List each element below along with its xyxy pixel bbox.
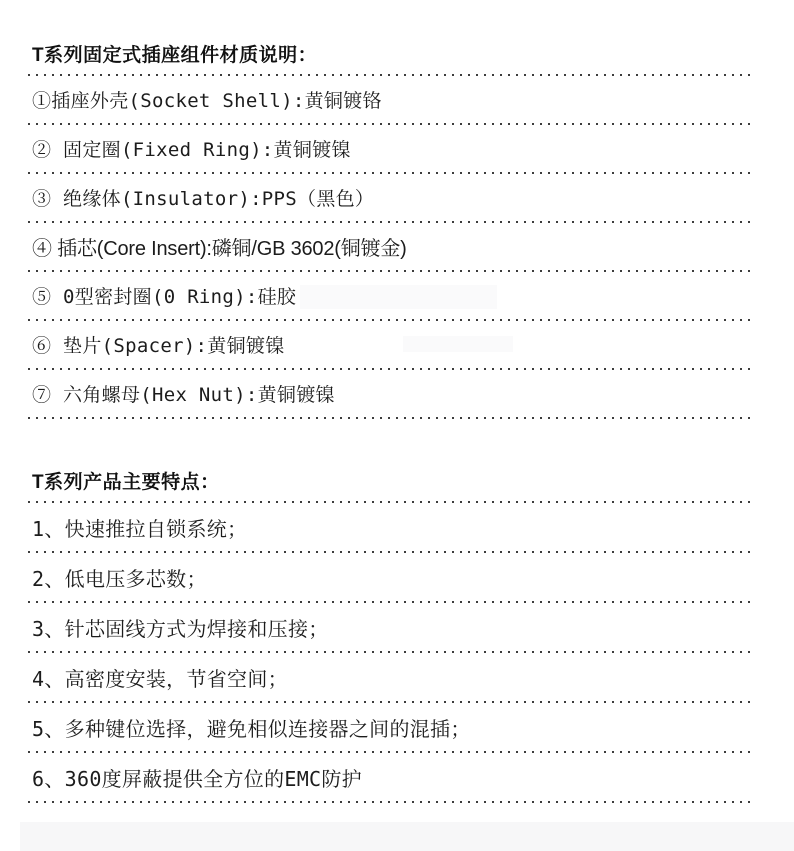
features-section-heading: T系列产品主要特点： <box>32 471 750 495</box>
material-item-text: ② 固定圈(Fixed Ring):黄铜镀镍 <box>32 135 351 162</box>
material-section-heading: T系列固定式插座组件材质说明： <box>32 44 750 68</box>
material-item-2: ② 固定圈(Fixed Ring):黄铜镀镍 <box>28 125 750 172</box>
material-item-6: ⑥ 垫片(Spacer):黄铜镀镍 <box>28 321 750 368</box>
material-item-text: ⑥ 垫片(Spacer):黄铜镀镍 <box>32 331 285 358</box>
material-item-3: ③ 绝缘体(Insulator):PPS（黑色） <box>28 174 750 221</box>
material-item-text: ①插座外壳(Socket Shell):黄铜镀铬 <box>32 86 382 113</box>
material-item-text: ⑤ 0型密封圈(0 Ring):硅胶 <box>32 282 296 309</box>
document-sheet: T系列固定式插座组件材质说明： ①插座外壳(Socket Shell):黄铜镀铬… <box>0 0 794 851</box>
material-item-text: ④ 插芯(Core Insert):磷铜/GB 3602(铜镀金) <box>32 232 407 261</box>
material-item-text: ⑦ 六角螺母(Hex Nut):黄铜镀镍 <box>32 380 335 407</box>
feature-item-text: 1、快速推拉自锁系统； <box>32 513 247 542</box>
feature-item-3: 3、针芯固线方式为焊接和压接； <box>28 603 750 651</box>
material-section: T系列固定式插座组件材质说明： ①插座外壳(Socket Shell):黄铜镀铬… <box>28 44 750 419</box>
feature-item-text: 6、360度屏蔽提供全方位的EMC防护 <box>32 763 362 792</box>
feature-item-1: 1、快速推拉自锁系统； <box>28 503 750 551</box>
footer-strip <box>20 822 794 851</box>
feature-item-2: 2、低电压多芯数； <box>28 553 750 601</box>
material-item-1: ①插座外壳(Socket Shell):黄铜镀铬 <box>28 76 750 123</box>
dotted-divider <box>28 417 750 419</box>
feature-item-text: 4、高密度安装，节省空间； <box>32 663 288 692</box>
dotted-divider <box>28 801 750 803</box>
material-item-7: ⑦ 六角螺母(Hex Nut):黄铜镀镍 <box>28 370 750 417</box>
feature-item-text: 2、低电压多芯数； <box>32 563 207 592</box>
features-section: T系列产品主要特点： 1、快速推拉自锁系统； 2、低电压多芯数； 3、针芯固线方… <box>28 471 750 803</box>
material-item-4: ④ 插芯(Core Insert):磷铜/GB 3602(铜镀金) <box>28 223 750 270</box>
feature-item-text: 3、针芯固线方式为焊接和压接； <box>32 613 329 642</box>
feature-item-6: 6、360度屏蔽提供全方位的EMC防护 <box>28 753 750 801</box>
feature-item-text: 5、多种键位选择，避免相似连接器之间的混插； <box>32 713 471 742</box>
feature-item-4: 4、高密度安装，节省空间； <box>28 653 750 701</box>
material-item-text: ③ 绝缘体(Insulator):PPS（黑色） <box>32 184 374 211</box>
material-item-5: ⑤ 0型密封圈(0 Ring):硅胶 <box>28 272 750 319</box>
feature-item-5: 5、多种键位选择，避免相似连接器之间的混插； <box>28 703 750 751</box>
document-content: T系列固定式插座组件材质说明： ①插座外壳(Socket Shell):黄铜镀铬… <box>0 0 794 803</box>
